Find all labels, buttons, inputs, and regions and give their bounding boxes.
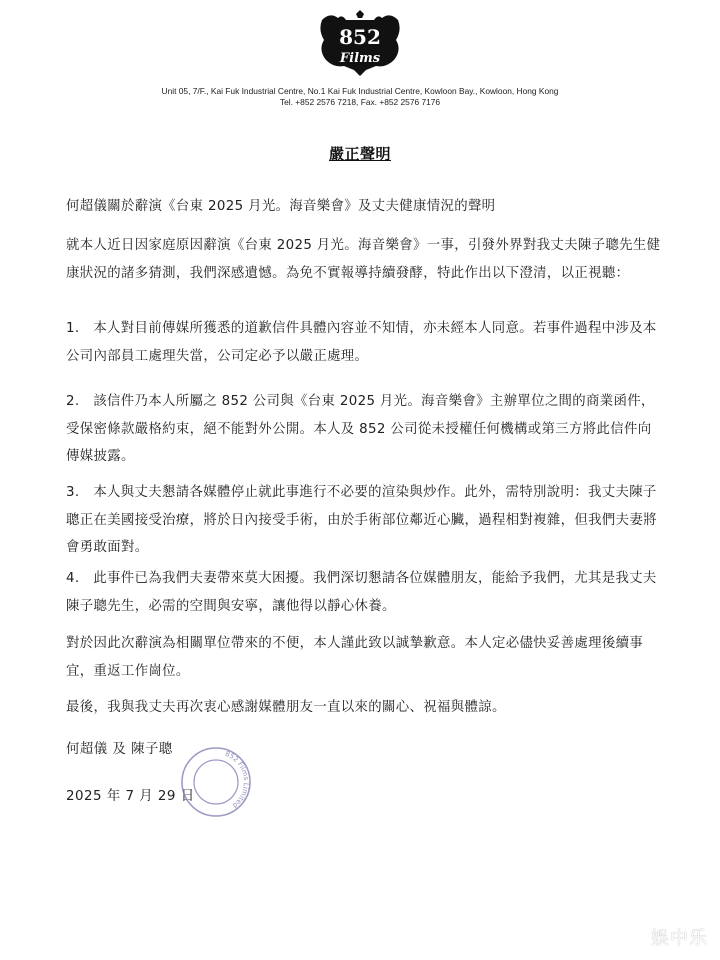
intro-paragraph: 就本人近日因家庭原因辭演《台東 2025 月光。海音樂會》一事，引發外界對我丈夫…: [66, 232, 664, 287]
watermark: 娛中乐: [651, 924, 708, 950]
point-text: 本人對目前傳媒所獲悉的道歉信件具體內容並不知情，亦未經本人同意。若事件過程中涉及…: [66, 321, 657, 364]
company-address: Unit 05, 7/F., Kai Fuk Industrial Centre…: [0, 86, 720, 108]
svg-text:852: 852: [339, 25, 381, 49]
company-seal-icon: 852 Films Limited: [180, 746, 252, 818]
852-films-logo-icon: 852 Films: [316, 10, 404, 78]
point-number: 4.: [66, 571, 79, 586]
signature-date: 2025 年 7 月 29 日: [66, 785, 195, 804]
point-4: 4. 此事件已為我們夫妻帶來莫大困擾。我們深切懇請各位媒體朋友，能給予我們，尤其…: [66, 565, 664, 620]
point-number: 1.: [66, 321, 79, 336]
point-number: 3.: [66, 485, 79, 500]
document-title: 嚴正聲明: [0, 143, 720, 164]
contact-line: Tel. +852 2576 7218, Fax. +852 2576 7176: [0, 97, 720, 108]
point-2: 2. 該信件乃本人所屬之 852 公司與《台東 2025 月光。海音樂會》主辦單…: [66, 388, 664, 471]
point-text: 該信件乃本人所屬之 852 公司與《台東 2025 月光。海音樂會》主辦單位之間…: [66, 394, 655, 464]
point-text: 此事件已為我們夫妻帶來莫大困擾。我們深切懇請各位媒體朋友，能給予我們，尤其是我丈…: [66, 571, 657, 614]
address-line: Unit 05, 7/F., Kai Fuk Industrial Centre…: [0, 86, 720, 97]
svg-text:Films: Films: [339, 51, 381, 66]
point-3: 3. 本人與丈夫懇請各媒體停止就此事進行不必要的渲染與炒作。此外，需特別說明：我…: [66, 479, 664, 562]
letterhead: 852 Films Unit 05, 7/F., Kai Fuk Industr…: [0, 0, 720, 112]
point-number: 2.: [66, 394, 79, 409]
closing-paragraph: 最後，我與我丈夫再次衷心感謝媒體朋友一直以來的關心、祝福與體諒。: [66, 694, 664, 722]
point-text: 本人與丈夫懇請各媒體停止就此事進行不必要的渲染與炒作。此外，需特別說明：我丈夫陳…: [66, 485, 657, 555]
point-1: 1. 本人對目前傳媒所獲悉的道歉信件具體內容並不知情，亦未經本人同意。若事件過程…: [66, 315, 664, 370]
apology-paragraph: 對於因此次辭演為相關單位帶來的不便，本人謹此致以誠摯歉意。本人定必儘快妥善處理後…: [66, 630, 664, 685]
statement-subtitle: 何超儀關於辭演《台東 2025 月光。海音樂會》及丈夫健康情況的聲明: [66, 193, 664, 221]
signatories: 何超儀 及 陳子聰: [66, 738, 173, 757]
